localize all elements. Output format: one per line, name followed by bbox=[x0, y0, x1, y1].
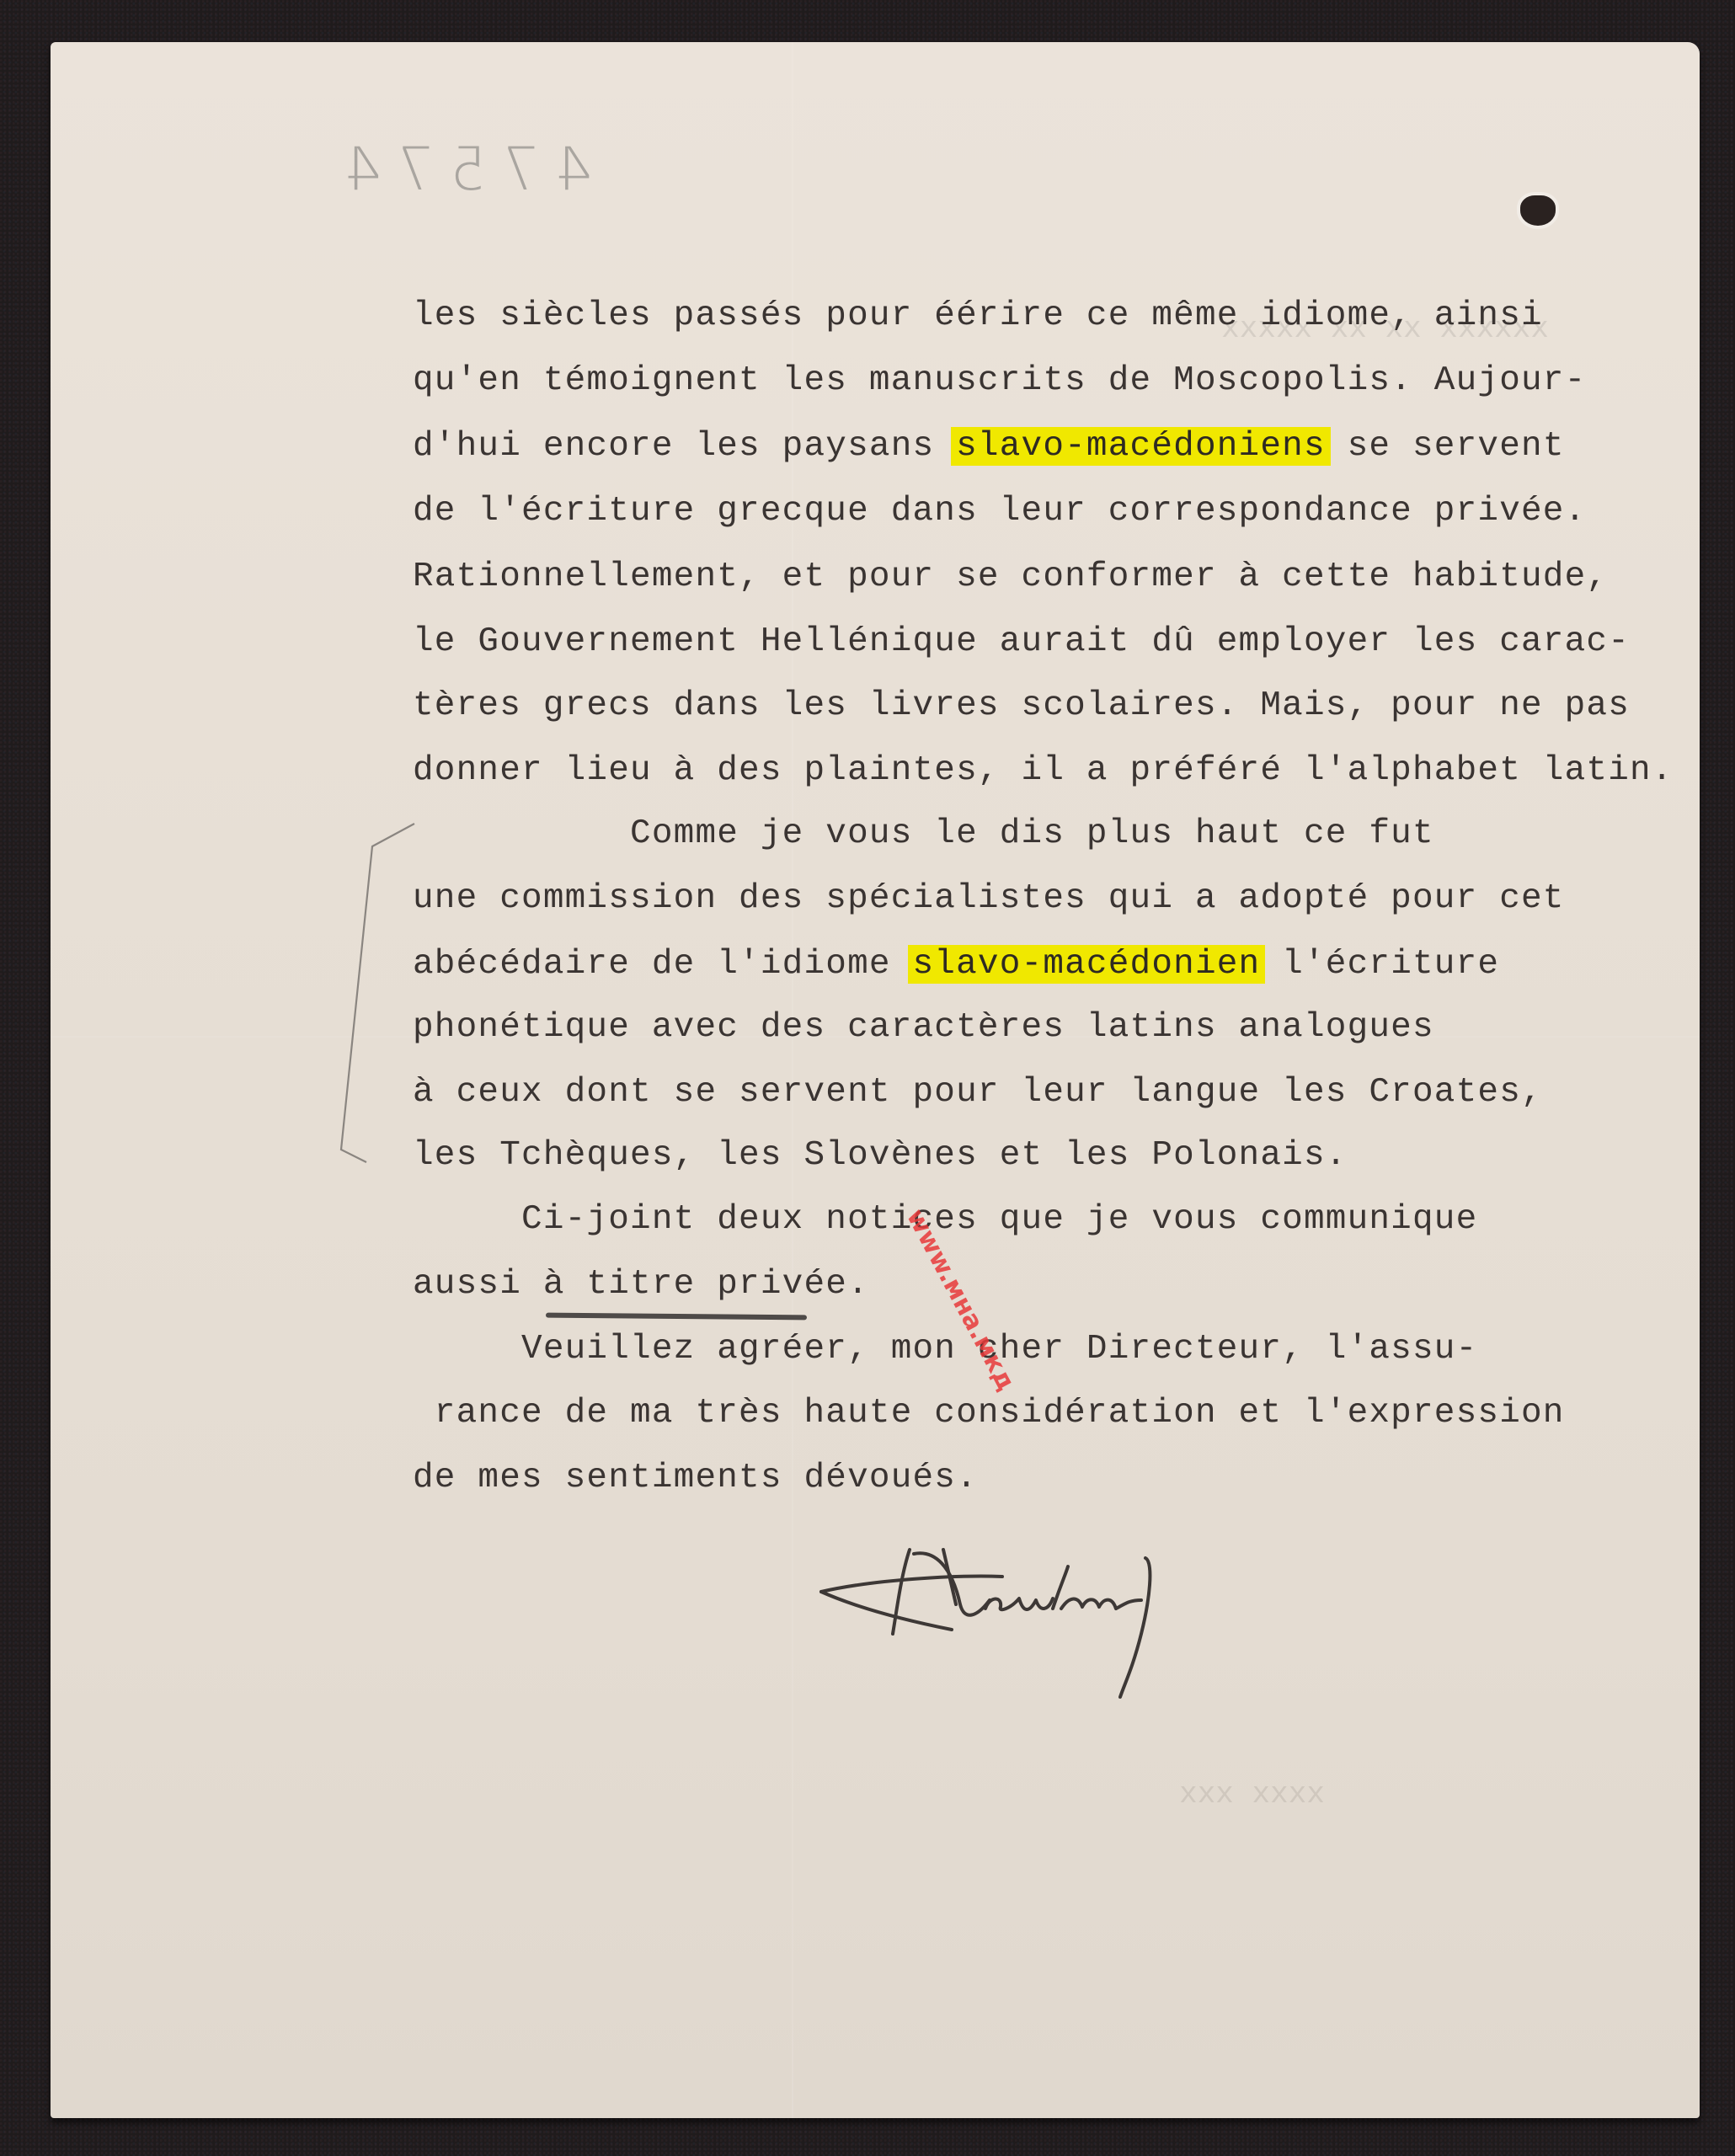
text-line: Ci-joint deux notices que je vous commun… bbox=[413, 1198, 1477, 1241]
text-span: donner lieu à des plaintes, il a préféré… bbox=[413, 751, 1674, 790]
text-line: Veuillez agréer, mon cher Directeur, l'a… bbox=[413, 1328, 1477, 1370]
text-span: à ceux dont se servent pour leur langue … bbox=[413, 1073, 1543, 1112]
text-span: se servent bbox=[1326, 427, 1565, 466]
pencil-archive-number: 47574 bbox=[328, 135, 592, 204]
text-span: abécédaire de l'idiome bbox=[413, 945, 913, 984]
text-line: donner lieu à des plaintes, il a préféré… bbox=[413, 750, 1674, 792]
text-span: Ci-joint deux notices que je vous commun… bbox=[413, 1200, 1477, 1239]
text-line: d'hui encore les paysans slavo-macédonie… bbox=[413, 425, 1565, 467]
text-span: tères grecs dans les livres scolaires. M… bbox=[413, 686, 1630, 725]
text-span: de mes sentiments dévoués. bbox=[413, 1459, 978, 1497]
text-span: qu'en témoignent les manuscrits de Mosco… bbox=[413, 361, 1586, 400]
text-span: d'hui encore les paysans bbox=[413, 427, 956, 466]
letter-body: les siècles passés pour éérire ce même i… bbox=[413, 295, 1592, 1516]
text-line: une commission des spécialistes qui a ad… bbox=[413, 878, 1565, 920]
text-span: de l'écriture grecque dans leur correspo… bbox=[413, 492, 1586, 531]
text-line: Comme je vous le dis plus haut ce fut bbox=[413, 813, 1434, 855]
text-line: aussi à titre privée. bbox=[413, 1263, 869, 1305]
text-span: phonétique avec des caractères latins an… bbox=[413, 1008, 1434, 1047]
text-line: rance de ma très haute considération et … bbox=[413, 1392, 1565, 1434]
text-span: l'écriture bbox=[1260, 945, 1499, 984]
text-line: de l'écriture grecque dans leur correspo… bbox=[413, 490, 1586, 532]
pencil-bracket-mark bbox=[320, 817, 430, 1171]
text-span: le Gouvernement Hellénique aurait dû emp… bbox=[413, 622, 1630, 661]
text-line: abécédaire de l'idiome slavo-macédonien … bbox=[413, 943, 1499, 985]
text-line: de mes sentiments dévoués. bbox=[413, 1457, 978, 1499]
text-span: Comme je vous le dis plus haut ce fut bbox=[413, 814, 1434, 853]
text-line: phonétique avec des caractères latins an… bbox=[413, 1006, 1434, 1049]
text-line: qu'en témoignent les manuscrits de Mosco… bbox=[413, 360, 1586, 402]
text-line: Rationnellement, et pour se conformer à … bbox=[413, 556, 1608, 598]
text-span: Rationnellement, et pour se conformer à … bbox=[413, 558, 1608, 596]
highlighted-term: slavo-macédonien bbox=[908, 945, 1266, 984]
text-line: tères grecs dans les livres scolaires. M… bbox=[413, 685, 1630, 727]
punch-hole bbox=[1520, 195, 1556, 226]
text-span: une commission des spécialistes qui a ad… bbox=[413, 879, 1565, 918]
text-span: aussi à titre privée. bbox=[413, 1265, 869, 1304]
highlighted-term: slavo-macédoniens bbox=[951, 427, 1331, 466]
text-line: les siècles passés pour éérire ce même i… bbox=[413, 295, 1543, 337]
text-span: les Tchèques, les Slovènes et les Polona… bbox=[413, 1136, 1348, 1175]
text-line: le Gouvernement Hellénique aurait dû emp… bbox=[413, 621, 1630, 663]
text-line: à ceux dont se servent pour leur langue … bbox=[413, 1071, 1543, 1113]
text-span: rance de ma très haute considération et … bbox=[413, 1394, 1565, 1433]
text-line: les Tchèques, les Slovènes et les Polona… bbox=[413, 1134, 1348, 1177]
bleed-through-text: xxxx xxx bbox=[1179, 1777, 1325, 1812]
text-span: les siècles passés pour éérire ce même i… bbox=[413, 296, 1543, 335]
text-span: Veuillez agréer, mon cher Directeur, l'a… bbox=[413, 1330, 1477, 1369]
signature bbox=[809, 1516, 1247, 1710]
